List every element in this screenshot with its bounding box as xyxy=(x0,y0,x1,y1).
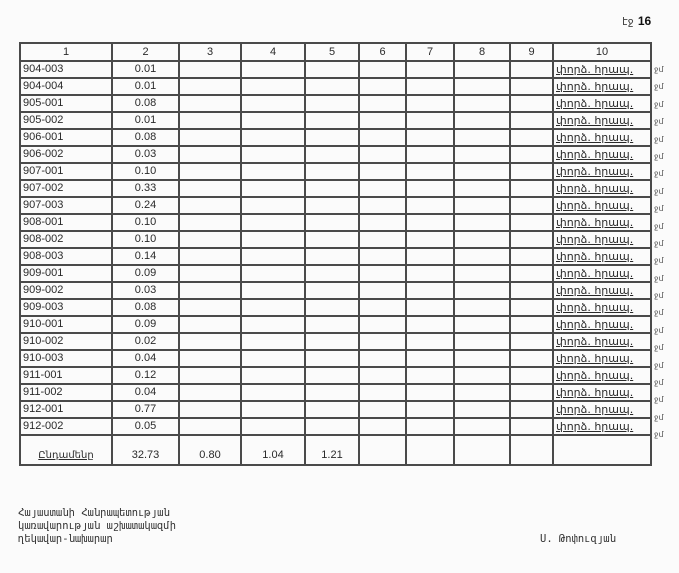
row-code: 909-002 xyxy=(20,282,112,299)
empty-cell xyxy=(406,282,454,299)
table-row: 909-0030.08փորձ. հրապ. xyxy=(20,299,651,316)
empty-cell xyxy=(454,367,510,384)
empty-cell xyxy=(359,384,406,401)
empty-cell xyxy=(406,418,454,435)
empty-cell xyxy=(359,401,406,418)
empty-cell xyxy=(359,265,406,282)
empty-cell xyxy=(241,112,305,129)
empty-cell xyxy=(510,180,553,197)
empty-cell xyxy=(305,401,359,418)
empty-cell xyxy=(305,316,359,333)
side-mark: ջմ xyxy=(654,235,676,252)
total-row: Ընդամենը32.730.801.041.21 xyxy=(20,435,651,465)
row-code: 910-001 xyxy=(20,316,112,333)
empty-cell xyxy=(454,316,510,333)
row-code: 904-003 xyxy=(20,61,112,78)
empty-cell xyxy=(305,163,359,180)
empty-cell xyxy=(510,197,553,214)
table-row: 905-0010.08փորձ. հրապ. xyxy=(20,95,651,112)
empty-cell xyxy=(406,214,454,231)
empty-cell xyxy=(454,129,510,146)
row-value: 0.09 xyxy=(112,316,179,333)
empty-cell xyxy=(305,180,359,197)
table-row: 904-0040.01փորձ. հրապ. xyxy=(20,78,651,95)
table-row: 907-0030.24փորձ. հրապ. xyxy=(20,197,651,214)
empty-cell xyxy=(454,146,510,163)
empty-cell xyxy=(510,333,553,350)
row-note: փորձ. հրապ. xyxy=(553,214,651,231)
row-value: 0.01 xyxy=(112,112,179,129)
row-value: 0.02 xyxy=(112,333,179,350)
empty-cell xyxy=(553,435,651,465)
row-code: 906-001 xyxy=(20,129,112,146)
table-header-row: 1 2 3 4 5 6 7 8 9 10 xyxy=(20,43,651,61)
empty-cell xyxy=(510,350,553,367)
empty-cell xyxy=(179,163,241,180)
table-row: 908-0020.10փորձ. հրապ. xyxy=(20,231,651,248)
row-code: 909-003 xyxy=(20,299,112,316)
empty-cell xyxy=(359,350,406,367)
table-row: 910-0010.09փորձ. հրապ. xyxy=(20,316,651,333)
header-cell: 9 xyxy=(510,43,553,61)
empty-cell xyxy=(241,401,305,418)
row-note: փորձ. հրապ. xyxy=(553,180,651,197)
empty-cell xyxy=(305,418,359,435)
row-value: 0.01 xyxy=(112,78,179,95)
empty-cell xyxy=(454,61,510,78)
row-value: 0.03 xyxy=(112,282,179,299)
empty-cell xyxy=(510,401,553,418)
empty-cell xyxy=(510,384,553,401)
total-value: 1.21 xyxy=(305,435,359,465)
empty-cell xyxy=(179,384,241,401)
table-row: 912-0010.77փորձ. հրապ. xyxy=(20,401,651,418)
row-note: փորձ. հրապ. xyxy=(553,418,651,435)
empty-cell xyxy=(241,350,305,367)
row-code: 911-002 xyxy=(20,384,112,401)
row-note: փորձ. հրապ. xyxy=(553,265,651,282)
side-mark: ջմ xyxy=(654,426,676,443)
row-code: 907-003 xyxy=(20,197,112,214)
signatory-title-line: Հայաստանի Հանրապետության xyxy=(18,507,176,520)
row-code: 911-001 xyxy=(20,367,112,384)
header-cell: 1 xyxy=(20,43,112,61)
empty-cell xyxy=(406,146,454,163)
empty-cell xyxy=(510,78,553,95)
row-note: փորձ. հրապ. xyxy=(553,95,651,112)
row-value: 0.01 xyxy=(112,61,179,78)
empty-cell xyxy=(454,384,510,401)
empty-cell xyxy=(454,163,510,180)
empty-cell xyxy=(510,231,553,248)
row-code: 905-001 xyxy=(20,95,112,112)
row-note: փորձ. հրապ. xyxy=(553,367,651,384)
row-value: 0.03 xyxy=(112,146,179,163)
side-mark: ջմ xyxy=(654,339,676,356)
table-row: 910-0030.04փորձ. հրապ. xyxy=(20,350,651,367)
empty-cell xyxy=(406,384,454,401)
empty-cell xyxy=(179,248,241,265)
table-row: 911-0010.12փորձ. հրապ. xyxy=(20,367,651,384)
empty-cell xyxy=(454,248,510,265)
empty-cell xyxy=(179,299,241,316)
row-note: փորձ. հրապ. xyxy=(553,61,651,78)
empty-cell xyxy=(179,316,241,333)
empty-cell xyxy=(510,163,553,180)
empty-cell xyxy=(406,61,454,78)
empty-cell xyxy=(510,299,553,316)
empty-cell xyxy=(241,197,305,214)
row-value: 0.12 xyxy=(112,367,179,384)
empty-cell xyxy=(241,146,305,163)
table-row: 908-0030.14փորձ. հրապ. xyxy=(20,248,651,265)
empty-cell xyxy=(406,95,454,112)
row-code: 904-004 xyxy=(20,78,112,95)
empty-cell xyxy=(359,129,406,146)
empty-cell xyxy=(406,401,454,418)
empty-cell xyxy=(241,231,305,248)
empty-cell xyxy=(305,282,359,299)
empty-cell xyxy=(510,248,553,265)
row-code: 912-001 xyxy=(20,401,112,418)
page-label: էջ xyxy=(622,15,634,28)
row-value: 0.10 xyxy=(112,214,179,231)
empty-cell xyxy=(359,78,406,95)
empty-cell xyxy=(359,180,406,197)
empty-cell xyxy=(359,299,406,316)
header-cell: 8 xyxy=(454,43,510,61)
empty-cell xyxy=(510,367,553,384)
empty-cell xyxy=(454,401,510,418)
header-cell: 7 xyxy=(406,43,454,61)
row-note: փորձ. հրապ. xyxy=(553,78,651,95)
empty-cell xyxy=(510,146,553,163)
empty-cell xyxy=(241,333,305,350)
row-note: փորձ. հրապ. xyxy=(553,282,651,299)
empty-cell xyxy=(305,146,359,163)
row-note: փորձ. հրապ. xyxy=(553,197,651,214)
empty-cell xyxy=(359,231,406,248)
empty-cell xyxy=(406,350,454,367)
side-mark: ջմ xyxy=(654,165,676,182)
header-cell: 10 xyxy=(553,43,651,61)
empty-cell xyxy=(359,214,406,231)
empty-cell xyxy=(406,333,454,350)
row-value: 0.77 xyxy=(112,401,179,418)
side-marks: ջմջմջմջմջմջմջմջմջմջմջմջմջմջմջմջմջմջմջմջմ… xyxy=(654,61,676,444)
empty-cell xyxy=(454,95,510,112)
table-row: 906-0020.03փորձ. հրապ. xyxy=(20,146,651,163)
signatory-title: Հայաստանի Հանրապետության կառավարության ա… xyxy=(18,507,176,546)
empty-cell xyxy=(359,418,406,435)
empty-cell xyxy=(510,112,553,129)
side-mark: ջմ xyxy=(654,131,676,148)
row-code: 907-002 xyxy=(20,180,112,197)
empty-cell xyxy=(406,112,454,129)
empty-cell xyxy=(179,197,241,214)
row-note: փորձ. հրապ. xyxy=(553,248,651,265)
table-row: 904-0030.01փորձ. հրապ. xyxy=(20,61,651,78)
total-value: 32.73 xyxy=(112,435,179,465)
side-mark: ջմ xyxy=(654,96,676,113)
table-row: 907-0010.10փորձ. հրապ. xyxy=(20,163,651,180)
empty-cell xyxy=(179,61,241,78)
empty-cell xyxy=(454,435,510,465)
empty-cell xyxy=(241,316,305,333)
empty-cell xyxy=(179,350,241,367)
empty-cell xyxy=(179,112,241,129)
table-row: 906-0010.08փորձ. հրապ. xyxy=(20,129,651,146)
empty-cell xyxy=(406,163,454,180)
empty-cell xyxy=(510,129,553,146)
empty-cell xyxy=(359,61,406,78)
empty-cell xyxy=(454,265,510,282)
table-row: 909-0010.09փորձ. հրապ. xyxy=(20,265,651,282)
side-mark: ջմ xyxy=(654,322,676,339)
empty-cell xyxy=(179,265,241,282)
row-code: 909-001 xyxy=(20,265,112,282)
empty-cell xyxy=(305,95,359,112)
empty-cell xyxy=(241,265,305,282)
empty-cell xyxy=(179,78,241,95)
empty-cell xyxy=(510,435,553,465)
empty-cell xyxy=(179,367,241,384)
row-value: 0.09 xyxy=(112,265,179,282)
empty-cell xyxy=(179,418,241,435)
empty-cell xyxy=(359,248,406,265)
empty-cell xyxy=(241,384,305,401)
row-value: 0.04 xyxy=(112,384,179,401)
row-code: 906-002 xyxy=(20,146,112,163)
empty-cell xyxy=(179,129,241,146)
empty-cell xyxy=(241,299,305,316)
total-value: 0.80 xyxy=(179,435,241,465)
empty-cell xyxy=(305,299,359,316)
row-value: 0.14 xyxy=(112,248,179,265)
empty-cell xyxy=(179,180,241,197)
empty-cell xyxy=(305,350,359,367)
table-row: 905-0020.01փորձ. հրապ. xyxy=(20,112,651,129)
empty-cell xyxy=(454,333,510,350)
empty-cell xyxy=(359,95,406,112)
empty-cell xyxy=(305,231,359,248)
header-cell: 5 xyxy=(305,43,359,61)
empty-cell xyxy=(305,214,359,231)
empty-cell xyxy=(454,78,510,95)
side-mark: ջմ xyxy=(654,113,676,130)
empty-cell xyxy=(305,367,359,384)
empty-cell xyxy=(241,282,305,299)
empty-cell xyxy=(454,112,510,129)
empty-cell xyxy=(179,95,241,112)
table-row: 909-0020.03փորձ. հրապ. xyxy=(20,282,651,299)
side-mark: ջմ xyxy=(654,391,676,408)
empty-cell xyxy=(241,180,305,197)
row-value: 0.05 xyxy=(112,418,179,435)
empty-cell xyxy=(305,129,359,146)
total-value: 1.04 xyxy=(241,435,305,465)
empty-cell xyxy=(510,316,553,333)
header-cell: 6 xyxy=(359,43,406,61)
empty-cell xyxy=(454,350,510,367)
empty-cell xyxy=(359,197,406,214)
row-note: փորձ. հրապ. xyxy=(553,231,651,248)
empty-cell xyxy=(179,146,241,163)
empty-cell xyxy=(406,78,454,95)
side-mark: ջմ xyxy=(654,287,676,304)
row-note: փորձ. հրապ. xyxy=(553,163,651,180)
row-code: 910-003 xyxy=(20,350,112,367)
empty-cell xyxy=(305,265,359,282)
empty-cell xyxy=(406,129,454,146)
side-mark: ջմ xyxy=(654,304,676,321)
empty-cell xyxy=(305,384,359,401)
empty-cell xyxy=(241,95,305,112)
empty-cell xyxy=(241,163,305,180)
empty-cell xyxy=(359,316,406,333)
empty-cell xyxy=(454,418,510,435)
header-cell: 3 xyxy=(179,43,241,61)
row-value: 0.10 xyxy=(112,231,179,248)
empty-cell xyxy=(359,333,406,350)
signatory-name: Ս. Թոփուզյան xyxy=(540,533,616,545)
row-value: 0.24 xyxy=(112,197,179,214)
empty-cell xyxy=(305,78,359,95)
total-label: Ընդամենը xyxy=(20,435,112,465)
row-note: փորձ. հրապ. xyxy=(553,384,651,401)
empty-cell xyxy=(406,299,454,316)
row-value: 0.08 xyxy=(112,95,179,112)
empty-cell xyxy=(179,231,241,248)
empty-cell xyxy=(510,282,553,299)
empty-cell xyxy=(359,435,406,465)
empty-cell xyxy=(241,78,305,95)
side-mark: ջմ xyxy=(654,374,676,391)
side-mark: ջմ xyxy=(654,61,676,78)
row-note: փորձ. հրապ. xyxy=(553,401,651,418)
empty-cell xyxy=(454,282,510,299)
empty-cell xyxy=(359,146,406,163)
row-value: 0.04 xyxy=(112,350,179,367)
empty-cell xyxy=(359,367,406,384)
row-code: 912-002 xyxy=(20,418,112,435)
signatory-title-line: կառավարության աշխատակազմի xyxy=(18,520,176,533)
data-table: 1 2 3 4 5 6 7 8 9 10 904-0030.01փորձ. հր… xyxy=(19,42,652,466)
empty-cell xyxy=(179,401,241,418)
side-mark: ջմ xyxy=(654,183,676,200)
table-row: 908-0010.10փորձ. հրապ. xyxy=(20,214,651,231)
signatory-title-line: ղեկավար-նախարար xyxy=(18,533,176,546)
empty-cell xyxy=(510,418,553,435)
side-mark: ջմ xyxy=(654,218,676,235)
row-note: փորձ. հրապ. xyxy=(553,333,651,350)
table-row: 912-0020.05փորձ. հրապ. xyxy=(20,418,651,435)
page-number: էջ16 xyxy=(622,14,651,28)
row-value: 0.08 xyxy=(112,299,179,316)
empty-cell xyxy=(406,180,454,197)
row-note: փորձ. հրապ. xyxy=(553,350,651,367)
row-value: 0.10 xyxy=(112,163,179,180)
row-code: 910-002 xyxy=(20,333,112,350)
empty-cell xyxy=(305,248,359,265)
empty-cell xyxy=(305,112,359,129)
empty-cell xyxy=(305,197,359,214)
table-row: 911-0020.04փորձ. հրապ. xyxy=(20,384,651,401)
empty-cell xyxy=(179,214,241,231)
empty-cell xyxy=(406,197,454,214)
empty-cell xyxy=(241,129,305,146)
row-code: 908-001 xyxy=(20,214,112,231)
side-mark: ջմ xyxy=(654,78,676,95)
empty-cell xyxy=(510,214,553,231)
empty-cell xyxy=(179,333,241,350)
header-cell: 2 xyxy=(112,43,179,61)
empty-cell xyxy=(359,282,406,299)
empty-cell xyxy=(406,435,454,465)
side-mark: ջմ xyxy=(654,270,676,287)
empty-cell xyxy=(179,282,241,299)
empty-cell xyxy=(454,180,510,197)
empty-cell xyxy=(406,248,454,265)
empty-cell xyxy=(241,367,305,384)
row-note: փորձ. հրապ. xyxy=(553,316,651,333)
empty-cell xyxy=(359,163,406,180)
table-row: 910-0020.02փորձ. հրապ. xyxy=(20,333,651,350)
empty-cell xyxy=(454,197,510,214)
empty-cell xyxy=(510,95,553,112)
empty-cell xyxy=(510,265,553,282)
empty-cell xyxy=(359,112,406,129)
table-row: 907-0020.33փորձ. հրապ. xyxy=(20,180,651,197)
page-number-value: 16 xyxy=(638,14,651,28)
empty-cell xyxy=(406,231,454,248)
empty-cell xyxy=(241,61,305,78)
empty-cell xyxy=(305,333,359,350)
row-code: 908-003 xyxy=(20,248,112,265)
row-code: 908-002 xyxy=(20,231,112,248)
row-value: 0.33 xyxy=(112,180,179,197)
empty-cell xyxy=(454,214,510,231)
side-mark: ջմ xyxy=(654,200,676,217)
row-value: 0.08 xyxy=(112,129,179,146)
empty-cell xyxy=(406,367,454,384)
empty-cell xyxy=(510,61,553,78)
header-cell: 4 xyxy=(241,43,305,61)
empty-cell xyxy=(241,214,305,231)
empty-cell xyxy=(406,265,454,282)
empty-cell xyxy=(241,418,305,435)
row-note: փորձ. հրապ. xyxy=(553,146,651,163)
row-code: 907-001 xyxy=(20,163,112,180)
row-note: փորձ. հրապ. xyxy=(553,112,651,129)
side-mark: ջմ xyxy=(654,252,676,269)
side-mark: ջմ xyxy=(654,409,676,426)
empty-cell xyxy=(406,316,454,333)
empty-cell xyxy=(454,231,510,248)
empty-cell xyxy=(241,248,305,265)
empty-cell xyxy=(305,61,359,78)
side-mark: ջմ xyxy=(654,357,676,374)
empty-cell xyxy=(454,299,510,316)
row-code: 905-002 xyxy=(20,112,112,129)
row-note: փորձ. հրապ. xyxy=(553,129,651,146)
side-mark: ջմ xyxy=(654,148,676,165)
row-note: փորձ. հրապ. xyxy=(553,299,651,316)
